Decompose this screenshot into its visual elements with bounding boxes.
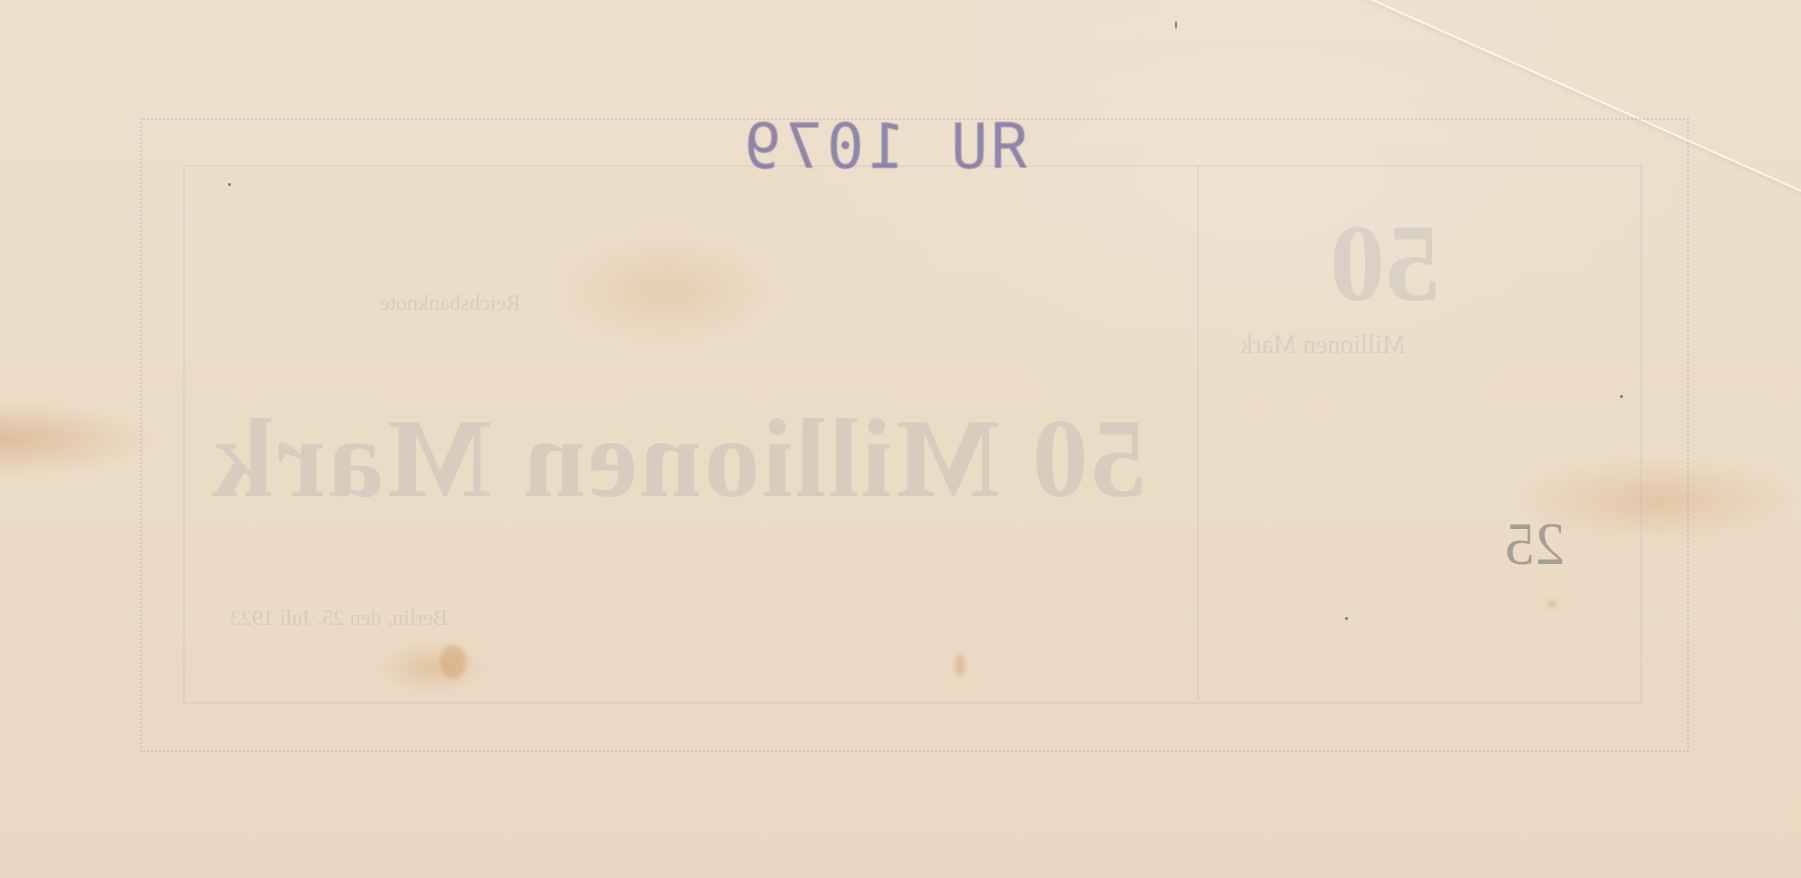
stain [440, 645, 466, 679]
side-number: 25 [1505, 510, 1565, 579]
bleed-corner-value: 50 [1330, 200, 1440, 327]
bleed-top-line: Reichsbanknote [380, 290, 521, 316]
panel-divider [1197, 165, 1199, 700]
stain [955, 655, 965, 677]
speck [1175, 21, 1177, 29]
banknote-scan: ЯU 1079 Reichsbanknote 50 Millionen Mark… [0, 0, 1801, 878]
speck [228, 183, 231, 186]
bleed-bottom-line: Berlin, den 25. Juli 1923 [230, 605, 448, 631]
serial-stamp: ЯU 1079 [740, 110, 1029, 183]
speck [1620, 395, 1623, 398]
bleed-denomination: 50 Millionen Mark [210, 395, 1146, 524]
stain [1548, 600, 1556, 608]
speck [1345, 617, 1348, 620]
bleed-corner-sub: Millionen Mark [1240, 330, 1405, 360]
